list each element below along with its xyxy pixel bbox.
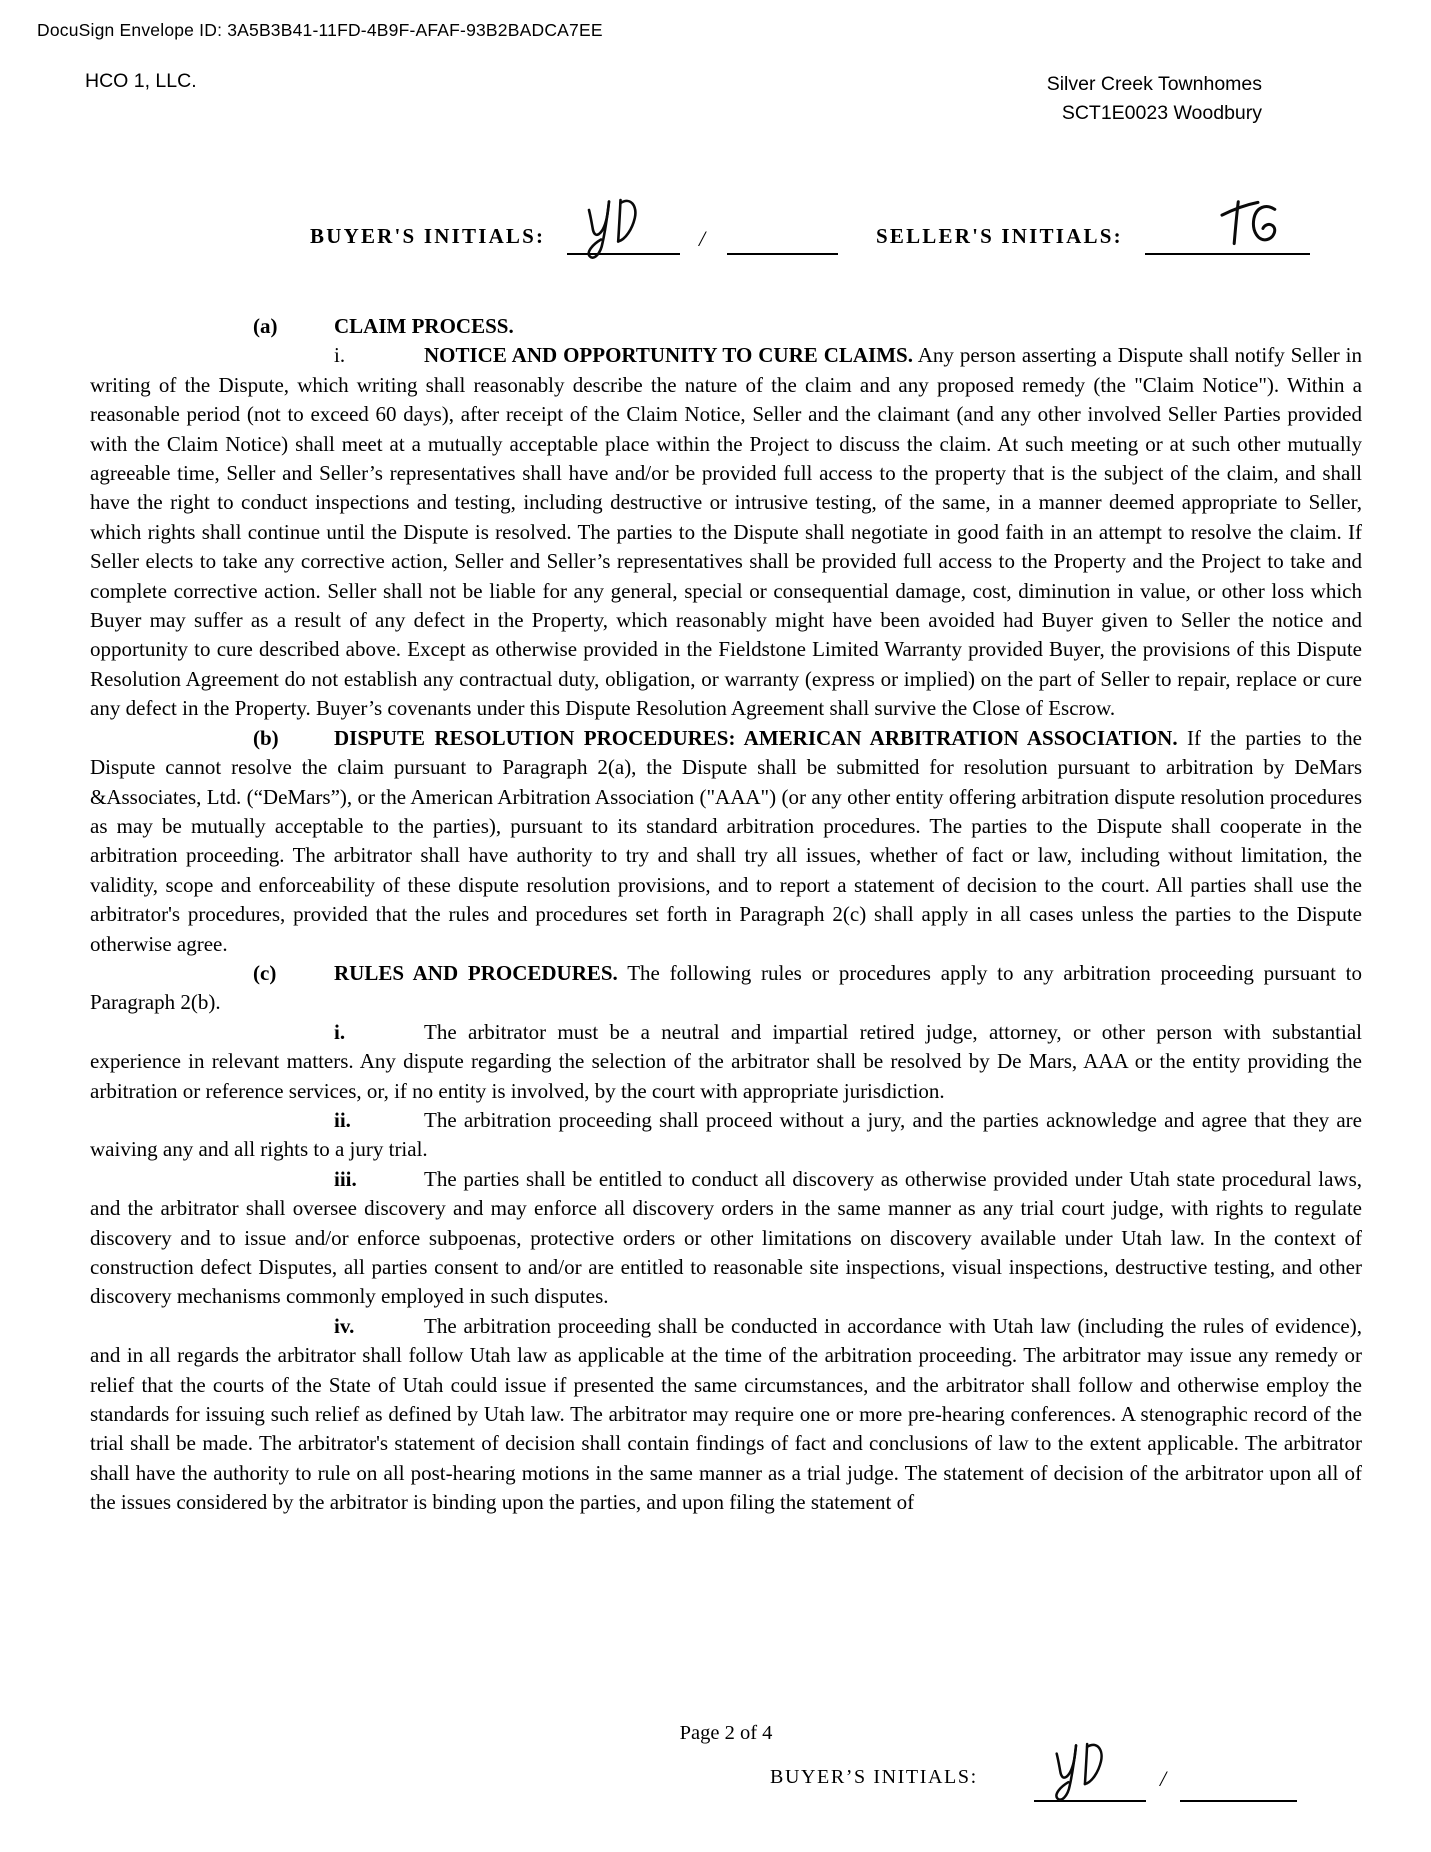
- paragraph-c-ii-text: The arbitration proceeding shall proceed…: [90, 1108, 1362, 1161]
- header-project-name: Silver Creek Townhomes: [1047, 70, 1262, 99]
- section-b-heading: DISPUTE RESOLUTION PROCEDURES: AMERICAN …: [334, 726, 1178, 750]
- paragraph-b: (b)DISPUTE RESOLUTION PROCEDURES: AMERIC…: [90, 724, 1362, 959]
- paragraph-a-i: i.NOTICE AND OPPORTUNITY TO CURE CLAIMS.…: [90, 341, 1362, 723]
- section-a-heading-line: (a)CLAIM PROCESS.: [90, 312, 1362, 341]
- seller-initials-label: SELLER'S INITIALS:: [876, 224, 1123, 249]
- paragraph-a-i-text: Any person asserting a Dispute shall not…: [90, 343, 1362, 720]
- paragraph-c-ii: ii.The arbitration proceeding shall proc…: [90, 1106, 1362, 1165]
- buyer-initials-label-top: BUYER'S INITIALS:: [310, 224, 545, 249]
- paragraph-c-iii: iii.The parties shall be entitled to con…: [90, 1165, 1362, 1312]
- header-project-block: Silver Creek Townhomes SCT1E0023 Woodbur…: [1047, 70, 1262, 128]
- paragraph-c: (c)RULES AND PROCEDURES. The following r…: [90, 959, 1362, 1018]
- seller-initials-signature: TG: [1212, 196, 1290, 254]
- paragraph-a-i-heading: NOTICE AND OPPORTUNITY TO CURE CLAIMS.: [424, 343, 913, 367]
- co-buyer-initials-line-top: [727, 253, 838, 255]
- buyer-initials-signature-bottom: YD: [1048, 1740, 1106, 1804]
- page-number: Page 2 of 4: [90, 1722, 1362, 1745]
- initials-separator-top: /: [699, 226, 705, 252]
- paragraph-c-iv: iv.The arbitration proceeding shall be c…: [90, 1312, 1362, 1518]
- paragraph-c-i: i.The arbitrator must be a neutral and i…: [90, 1018, 1362, 1106]
- section-c-number: (c): [253, 959, 334, 988]
- paragraph-c-iv-text: The arbitration proceeding shall be cond…: [90, 1314, 1362, 1514]
- paragraph-c-ii-number: ii.: [334, 1106, 424, 1135]
- section-b-number: (b): [253, 724, 334, 753]
- docusign-envelope-id: DocuSign Envelope ID: 3A5B3B41-11FD-4B9F…: [37, 20, 603, 41]
- paragraph-c-iv-number: iv.: [334, 1312, 424, 1341]
- header-company-name: HCO 1, LLC.: [85, 70, 197, 93]
- header-lot-id: SCT1E0023 Woodbury: [1047, 99, 1262, 128]
- section-b-text: If the parties to the Dispute cannot res…: [90, 726, 1362, 956]
- paragraph-a-i-number: i.: [334, 341, 424, 370]
- paragraph-c-i-text: The arbitrator must be a neutral and imp…: [90, 1020, 1362, 1103]
- co-buyer-initials-line-bottom: [1180, 1800, 1297, 1802]
- section-a-heading: CLAIM PROCESS.: [334, 314, 514, 338]
- section-c-heading: RULES AND PROCEDURES.: [334, 961, 618, 985]
- buyer-initials-signature-top: YD: [574, 197, 646, 261]
- initials-separator-bottom: /: [1160, 1766, 1166, 1792]
- paragraph-c-iii-number: iii.: [334, 1165, 424, 1194]
- document-body: (a)CLAIM PROCESS. i.NOTICE AND OPPORTUNI…: [90, 312, 1362, 1518]
- buyer-initials-label-bottom: BUYER’S INITIALS:: [770, 1766, 978, 1789]
- section-a-number: (a): [253, 312, 334, 341]
- paragraph-c-iii-text: The parties shall be entitled to conduct…: [90, 1167, 1362, 1309]
- paragraph-c-i-number: i.: [334, 1018, 424, 1047]
